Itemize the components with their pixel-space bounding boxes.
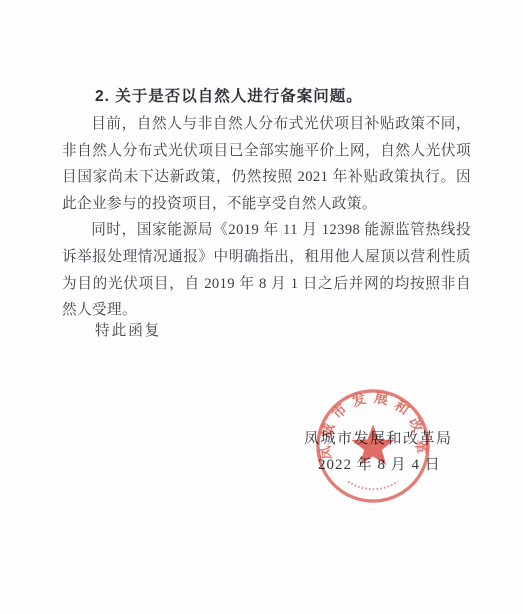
issue-date: 2022 年 8 月 4 日 <box>318 453 441 474</box>
seal-arc-text: 凤城市发展和改革局 <box>314 387 429 461</box>
body-text: 目前，自然人与非自然人分布式光伏项目补贴政策不同，非自然人分布式光伏项目已全部实… <box>62 111 471 324</box>
issuing-authority-signature: 凤城市发展和改革局 <box>304 427 453 448</box>
paragraph-policy-difference: 目前，自然人与非自然人分布式光伏项目补贴政策不同，非自然人分布式光伏项目已全部实… <box>62 111 471 217</box>
document-page: 2. 关于是否以自然人进行备案问题。 目前，自然人与非自然人分布式光伏项目补贴政… <box>0 0 523 614</box>
seal-arc-text-element: 凤城市发展和改革局 <box>314 387 429 461</box>
paragraph-energy-bureau-notice: 同时，国家能源局《2019 年 11 月 12398 能源监管热线投诉举报处理情… <box>62 217 471 323</box>
section-heading: 2. 关于是否以自然人进行备案问题。 <box>95 84 363 106</box>
closing-phrase: 特此函复 <box>95 319 161 340</box>
seal-microtext-arc <box>348 481 398 489</box>
